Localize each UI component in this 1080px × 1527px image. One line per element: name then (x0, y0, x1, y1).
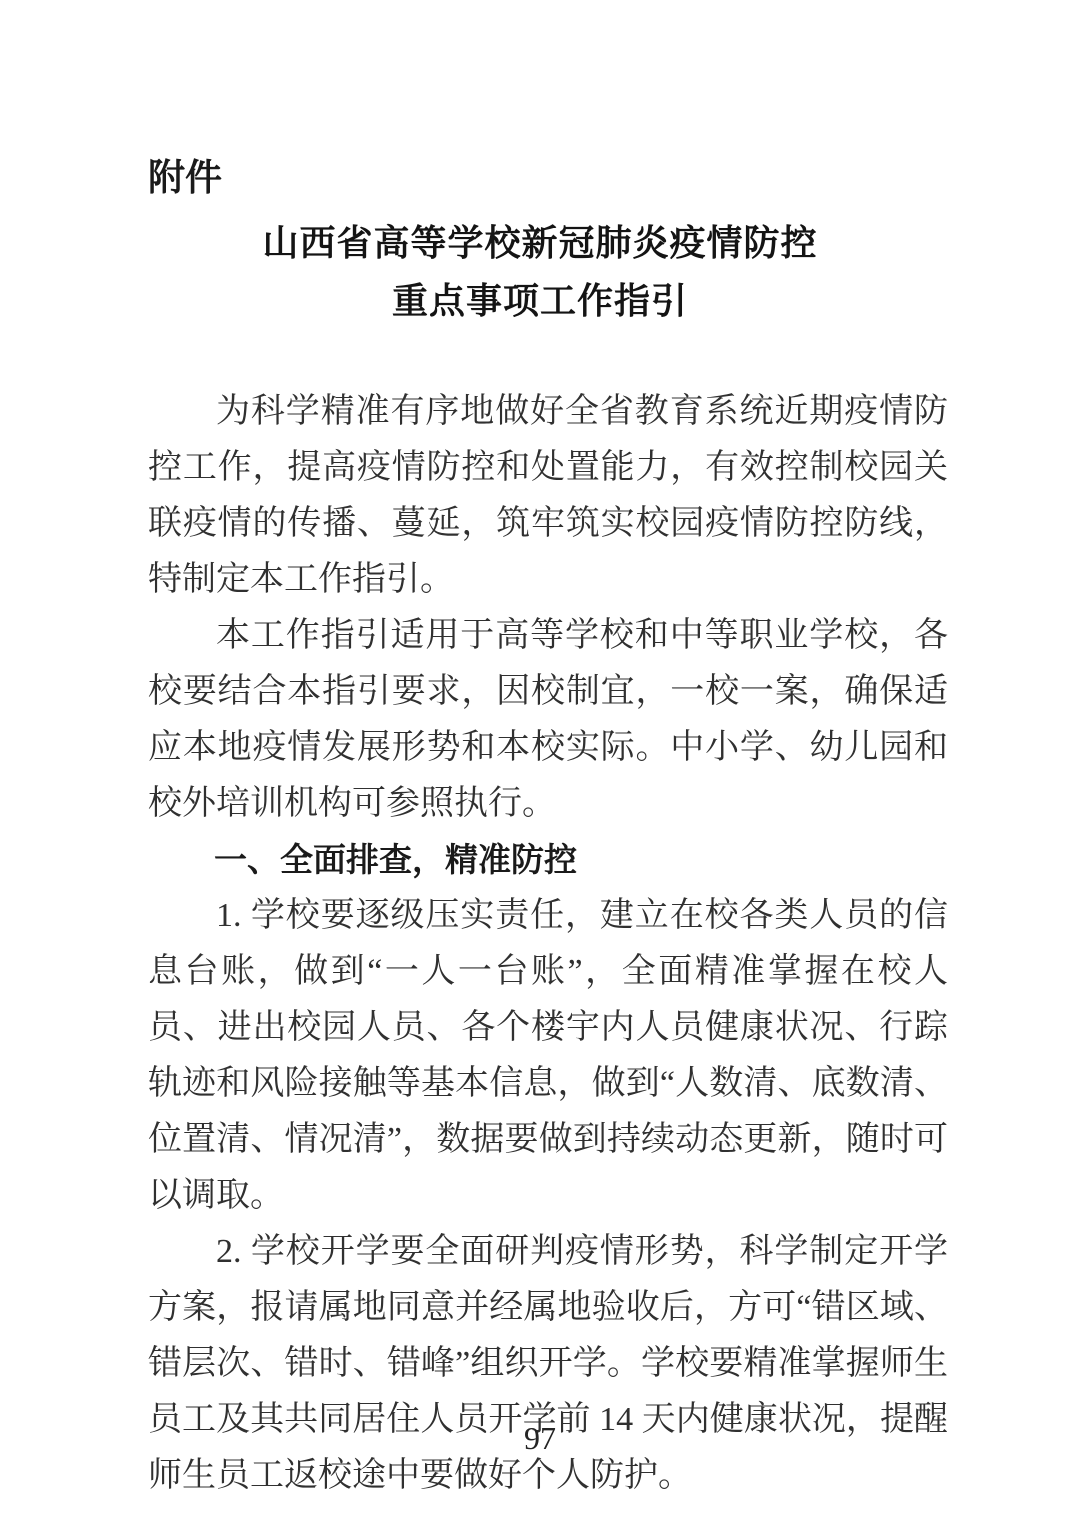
document-title-line2: 重点事项工作指引 (100, 272, 980, 330)
document-title-line1: 山西省高等学校新冠肺炎疫情防控 (100, 214, 980, 272)
paragraph-item-1: 1. 学校要逐级压实责任，建立在校各类人员的信息台账，做到“一人一台账”，全面精… (148, 888, 948, 1224)
paragraph-scope: 本工作指引适用于高等学校和中等职业学校，各校要结合本指引要求，因校制宜，一校一案… (148, 608, 948, 832)
paragraph-item-2: 2. 学校开学要全面研判疫情形势，科学制定开学方案，报请属地同意并经属地验收后，… (148, 1224, 948, 1504)
attachment-label: 附件 (148, 156, 222, 200)
section-heading-1: 一、全面排查，精准防控 (148, 832, 948, 888)
document-body: 为科学精准有序地做好全省教育系统近期疫情防控工作，提高疫情防控和处置能力，有效控… (148, 384, 948, 1504)
paragraph-purpose: 为科学精准有序地做好全省教育系统近期疫情防控工作，提高疫情防控和处置能力，有效控… (148, 384, 948, 608)
page-number: 97 (0, 1420, 1080, 1456)
document-title: 山西省高等学校新冠肺炎疫情防控 重点事项工作指引 (100, 214, 980, 330)
document-page: 附件 山西省高等学校新冠肺炎疫情防控 重点事项工作指引 为科学精准有序地做好全省… (0, 0, 1080, 1527)
